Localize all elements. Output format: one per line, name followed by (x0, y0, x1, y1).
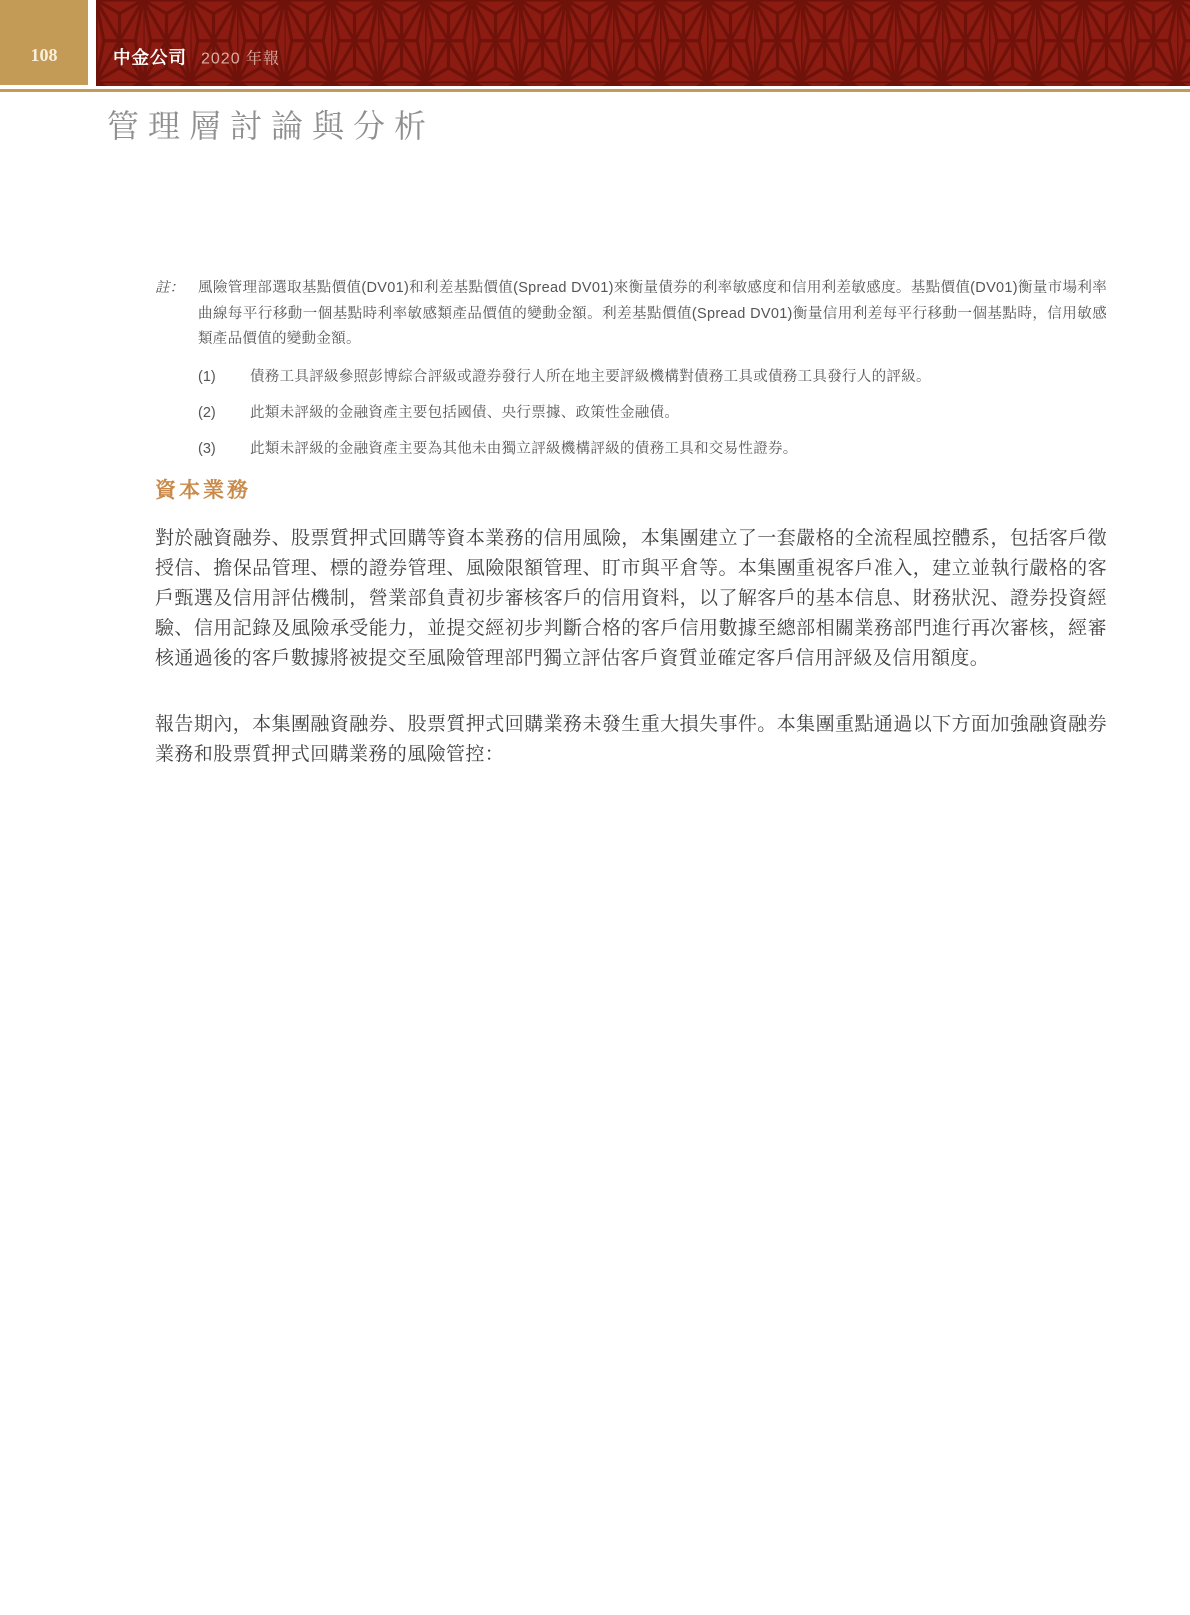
asanoha-pattern (96, 0, 1190, 86)
body-paragraph-1: 對於融資融券、股票質押式回購等資本業務的信用風險，本集團建立了一套嚴格的全流程風… (155, 524, 1107, 674)
footnote-text: 債務工具評級參照彭博綜合評級或證券發行人所在地主要評級機構對債務工具或債務工具發… (250, 368, 1107, 387)
footnote-number: (1) (198, 368, 250, 387)
banner-caption: 中金公司 2020 年報 (113, 45, 280, 70)
footnote-item: (1) 債務工具評級參照彭博綜合評級或證券發行人所在地主要評級機構對債務工具或債… (198, 368, 1107, 387)
report-year: 2020 年報 (201, 46, 280, 69)
page-number-box: 108 (0, 0, 88, 85)
footnote-text: 此類未評級的金融資產主要為其他未由獨立評級機構評級的債務工具和交易性證券。 (250, 440, 1107, 459)
report-page: 108 中金公司 2020 年報 管理層討論與分析 註： 風險管理部選取基點價值… (0, 0, 1190, 1615)
gold-divider (0, 89, 1190, 92)
note-text: 風險管理部選取基點價值(DV01)和利差基點價值(Spread DV01)來衡量… (198, 276, 1107, 353)
footnote-item: (2) 此類未評級的金融資產主要包括國債、央行票據、政策性金融債。 (198, 404, 1107, 423)
section-heading: 資本業務 (155, 474, 251, 504)
header-banner: 中金公司 2020 年報 (96, 0, 1190, 86)
page-number: 108 (31, 45, 58, 66)
footnote-item: (3) 此類未評級的金融資產主要為其他未由獨立評級機構評級的債務工具和交易性證券… (198, 440, 1107, 459)
company-name: 中金公司 (113, 45, 187, 70)
footnote-list: (1) 債務工具評級參照彭博綜合評級或證券發行人所在地主要評級機構對債務工具或債… (198, 368, 1107, 476)
footnote-text: 此類未評級的金融資產主要包括國債、央行票據、政策性金融債。 (250, 404, 1107, 423)
footnote-number: (3) (198, 440, 250, 459)
footnote-number: (2) (198, 404, 250, 423)
note-block: 註： 風險管理部選取基點價值(DV01)和利差基點價值(Spread DV01)… (155, 276, 1107, 353)
body-paragraph-2: 報告期內，本集團融資融券、股票質押式回購業務未發生重大損失事件。本集團重點通過以… (155, 710, 1107, 770)
note-label: 註： (155, 276, 198, 302)
page-title: 管理層討論與分析 (107, 106, 435, 146)
